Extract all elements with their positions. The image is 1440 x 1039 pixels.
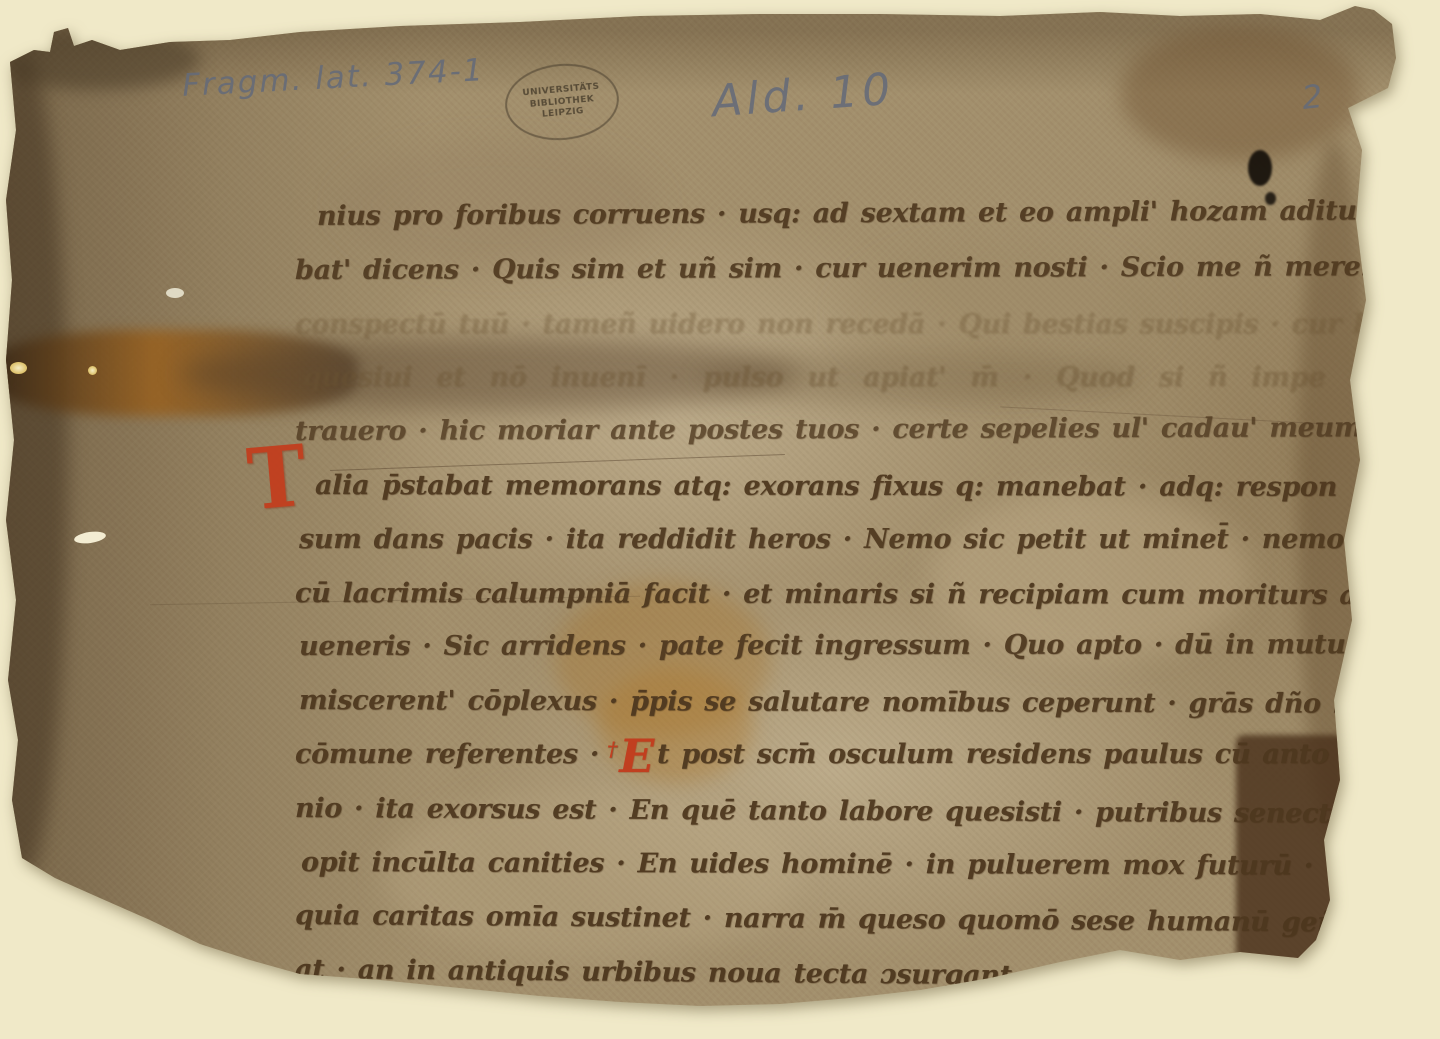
stain-top-right	[1120, 26, 1360, 161]
manuscript-line-3: conspectū tuū · tameñ uidero non recedā …	[295, 311, 1317, 338]
line-segment-pre: cōmune referentes ·	[295, 739, 599, 770]
manuscript-line-8: cū lacrimis calumpniā facit · et minaris…	[295, 580, 1317, 609]
rubric-inline-initial-E: E	[619, 729, 654, 783]
manuscript-line-14: quia caritas omīa sustinet · narra m̄ qu…	[295, 902, 1317, 936]
manuscript-line-15: at · an in antiquis urbibus noua tecta ɔ…	[295, 956, 1140, 990]
stamp-line-3: LEIPZIG	[542, 106, 585, 120]
manuscript-photo: Fragm. lat. 374-1 Ald. 10 2 UNIVERSITÄTS…	[0, 0, 1440, 1039]
rubric-paraph-mark: †	[607, 737, 617, 761]
manuscript-line-7: sum dans pacis · ita reddidit heros · Ne…	[295, 526, 1321, 553]
manuscript-line-2: bat' dicens · Quis sim et uñ sim · cur u…	[295, 253, 1317, 284]
manuscript-line-9: ueneris · Sic arridens · pate fecit ingr…	[295, 632, 1321, 661]
hole-left-2	[88, 366, 97, 375]
hole-left-1	[10, 362, 27, 374]
parchment-fragment: Fragm. lat. 374-1 Ald. 10 2 UNIVERSITÄTS…	[0, 0, 1440, 1039]
manuscript-line-10: miscerent' cōplexus · p̄pis se salutare …	[295, 687, 1321, 718]
manuscript-line-13: opit incūlta canities · En uides hominē …	[295, 849, 1323, 880]
hole-left-3	[166, 288, 184, 298]
manuscript-line-11: cōmune referentes ·†Et post scm̄ osculum…	[295, 741, 1317, 768]
folio-number: 2	[1300, 77, 1324, 117]
manuscript-line-6: alia p̄stabat memorans atq: exorans fixu…	[295, 472, 1337, 501]
stain-top-left	[0, 28, 200, 90]
manuscript-line-12: nio · ita exorsus est · En quē tanto lab…	[295, 795, 1317, 827]
line-segment-post: t post scm̄ osculum residens paulus cū a…	[657, 739, 1329, 770]
stain-bottom-right-patch	[1236, 735, 1344, 1035]
manuscript-line-1: nius pro foribus corruens · usq: ad sext…	[295, 198, 1339, 230]
ink-spot-large	[1248, 150, 1272, 186]
manuscript-line-4: quesiui et nō inuenī · pulso ut apiat' m…	[295, 364, 1325, 391]
manuscript-line-5: trauero · hic moriar ante postes tuos · …	[295, 415, 1317, 446]
